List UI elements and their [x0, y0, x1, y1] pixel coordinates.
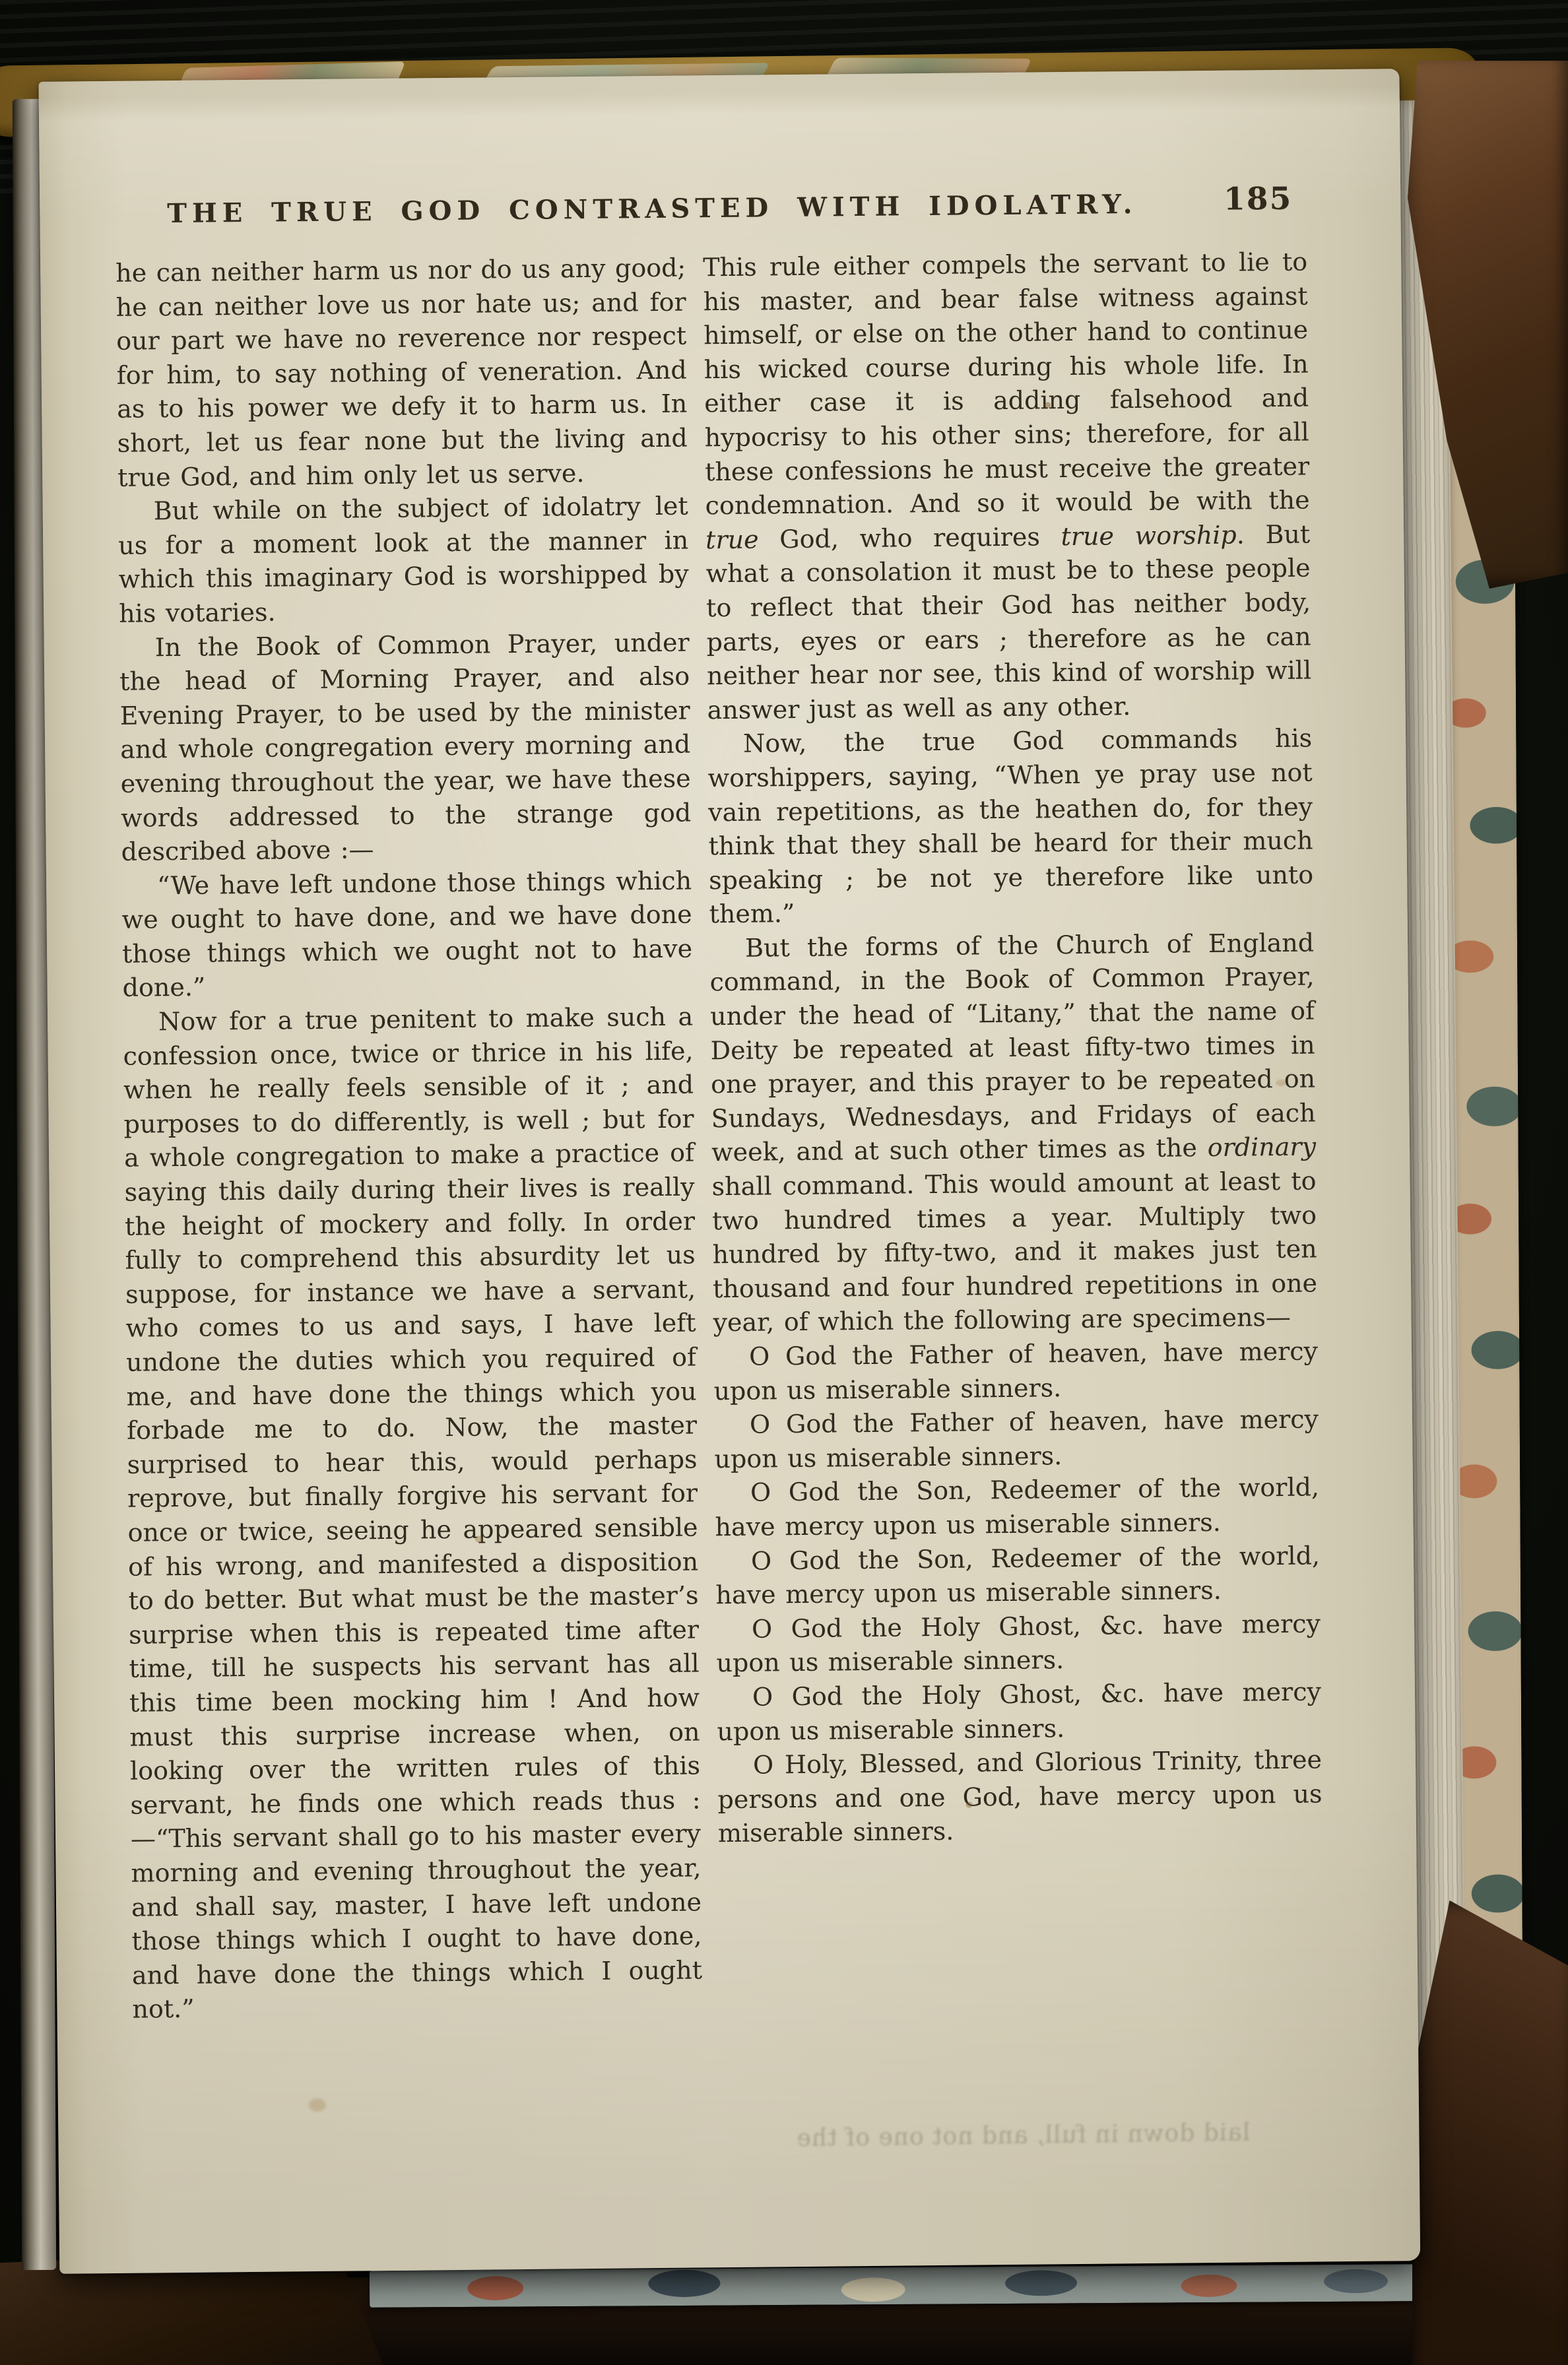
paragraph: he can neither harm us nor do us any goo… [115, 251, 688, 495]
paragraph: But the forms of the Church of England c… [709, 926, 1318, 1340]
text-run: O Holy, Blessed, and Glorious Trinity, t… [717, 1745, 1322, 1848]
text-run: But the forms of the Church of England c… [709, 928, 1315, 1167]
paragraph: In the Book of Common Prayer, under the … [119, 626, 691, 869]
left-column: he can neither harm us nor do us any goo… [115, 251, 703, 2027]
italic-text: true [705, 525, 759, 554]
text-run: But while on the subject of idolatry let… [118, 492, 689, 628]
italic-text: true [1061, 521, 1114, 551]
text-run: God, who requires [758, 522, 1061, 554]
text-run: In the Book of Common Prayer, under the … [119, 628, 691, 866]
text-run: he can neither harm us nor do us any goo… [115, 253, 688, 492]
text-run: “We have left undone those things which … [121, 866, 692, 1002]
text-run: O God the Holy Ghost, &c. have mercy upo… [717, 1677, 1321, 1745]
paragraph: O Holy, Blessed, and Glorious Trinity, t… [717, 1743, 1323, 1852]
page-title: THE TRUE GOD CONTRASTED WITH IDOLATRY. [112, 188, 1192, 230]
text-run: This rule either compels the servant to … [703, 247, 1310, 521]
book-photo: THE TRUE GOD CONTRASTED WITH IDOLATRY. 1… [0, 0, 1568, 2365]
italic-text: worship [1134, 520, 1236, 550]
bottom-marbled-strip [370, 2264, 1419, 2308]
paragraph: O God the Son, Redeemer of the world, ha… [715, 1539, 1321, 1613]
paragraph: O God the Holy Ghost, &c. have mercy upo… [717, 1675, 1322, 1749]
italic-text: ordinary [1208, 1132, 1317, 1163]
right-column: This rule either compels the servant to … [703, 245, 1323, 1852]
text-run: O God the Son, Redeemer of the world, ha… [715, 1541, 1320, 1609]
paragraph: Now, the true God commands his worshippe… [707, 722, 1314, 932]
text-run: O God the Son, Redeemer of the world, ha… [715, 1473, 1319, 1541]
page-number: 185 [1224, 181, 1293, 218]
text-run: Now, the true God commands his worshippe… [707, 724, 1313, 929]
text-run: Now for a true penitent to make such a c… [123, 1002, 702, 2024]
foxing-spot [309, 2098, 326, 2112]
paragraph: O God the Holy Ghost, &c. have mercy upo… [716, 1607, 1321, 1681]
paragraph: Now for a true penitent to make such a c… [123, 1000, 703, 2027]
running-head: THE TRUE GOD CONTRASTED WITH IDOLATRY. 1… [112, 187, 1331, 245]
paragraph: O God the Father of heaven, have mercy u… [714, 1403, 1319, 1477]
book-page: THE TRUE GOD CONTRASTED WITH IDOLATRY. 1… [38, 69, 1420, 2274]
paragraph: “We have left undone those things which … [121, 864, 693, 1006]
leather-corner-bottom-right [1412, 1900, 1568, 2365]
text-run: O God the Father of heaven, have mercy u… [713, 1336, 1318, 1405]
paragraph: But while on the subject of idolatry let… [117, 490, 689, 632]
show-through-text: laid down in full, and not one of the [721, 2118, 1325, 2153]
paragraph: This rule either compels the servant to … [703, 245, 1312, 728]
text-run: O God the Father of heaven, have mercy u… [714, 1405, 1319, 1474]
paragraph: O God the Son, Redeemer of the world, ha… [715, 1471, 1320, 1545]
text-run: O God the Holy Ghost, &c. have mercy upo… [716, 1609, 1321, 1677]
text-run: shall command. This would amount at leas… [711, 1166, 1317, 1337]
paragraph: O God the Father of heaven, have mercy u… [713, 1334, 1319, 1408]
text-run [1114, 521, 1135, 550]
